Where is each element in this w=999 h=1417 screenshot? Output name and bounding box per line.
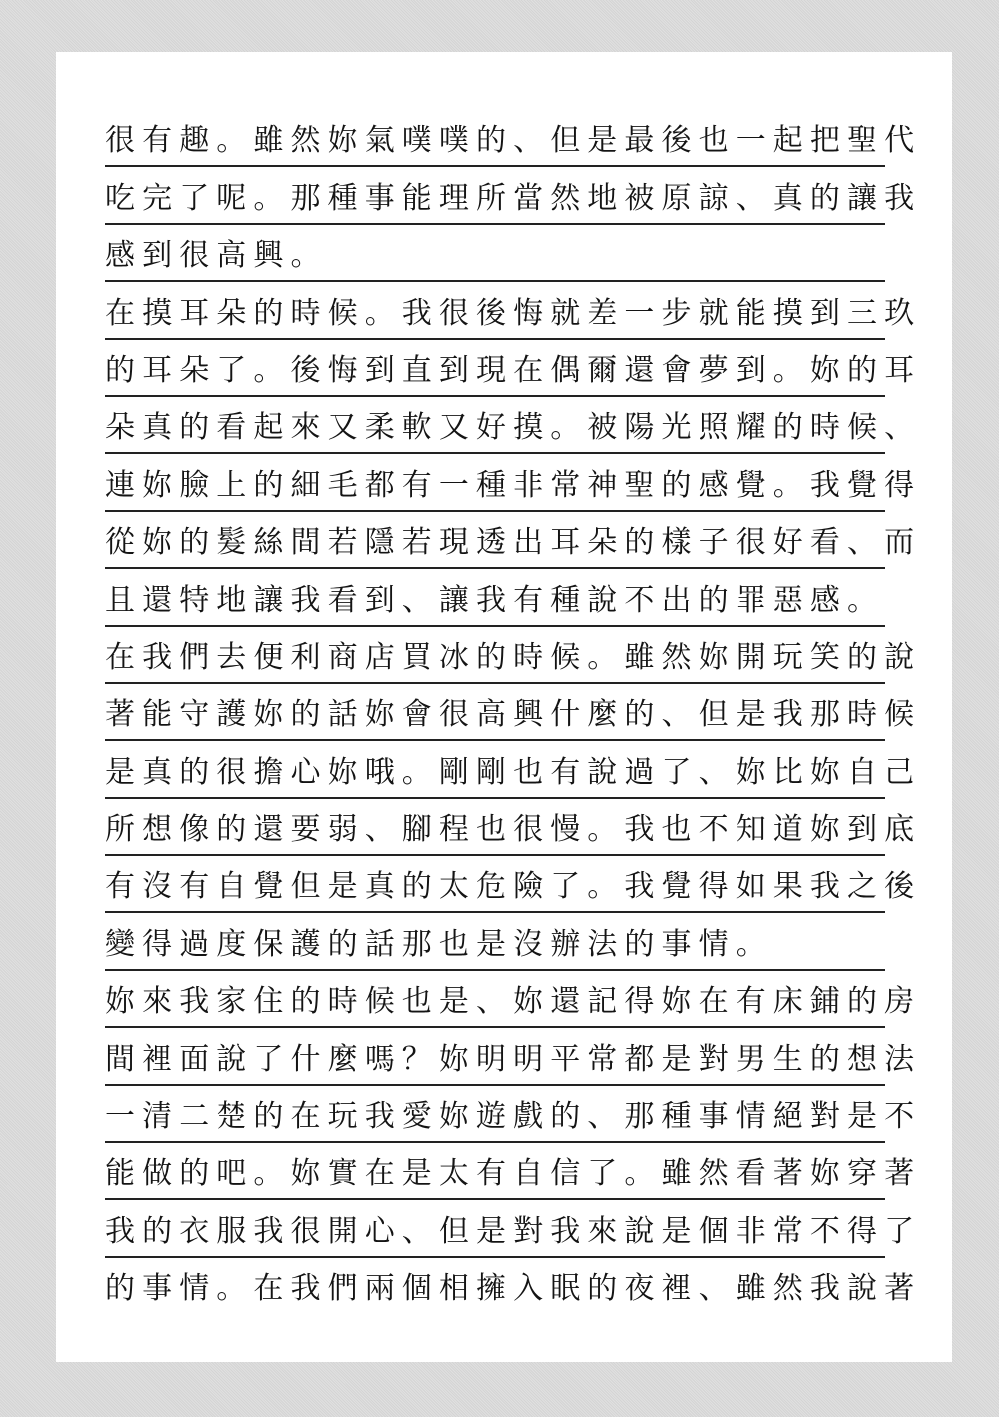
text-line: 著能守護妳的話妳會很高興什麼的、但是我那時候: [105, 684, 885, 741]
line-text: 從妳的髮絲間若隱若現透出耳朵的樣子很好看、而: [105, 525, 885, 561]
line-text: 所想像的還要弱、腳程也很慢。我也不知道妳到底: [105, 812, 885, 848]
text-line: 感到很高興。: [105, 225, 885, 282]
text-line: 的事情。在我們兩個相擁入眠的夜裡、雖然我說著: [105, 1258, 885, 1315]
line-text: 的事情。在我們兩個相擁入眠的夜裡、雖然我說著: [105, 1271, 885, 1307]
text-line: 朵真的看起來又柔軟又好摸。被陽光照耀的時候、: [105, 397, 885, 454]
text-line: 的耳朵了。後悔到直到現在偶爾還會夢到。妳的耳: [105, 340, 885, 397]
text-line: 所想像的還要弱、腳程也很慢。我也不知道妳到底: [105, 799, 885, 856]
line-text: 是真的很擔心妳哦。剛剛也有說過了、妳比妳自己: [105, 755, 885, 791]
line-text: 連妳臉上的細毛都有一種非常神聖的感覺。我覺得: [105, 468, 885, 504]
line-text: 在我們去便利商店買冰的時候。雖然妳開玩笑的說: [105, 640, 885, 676]
line-text: 很有趣。雖然妳氣噗噗的、但是最後也一起把聖代: [105, 123, 885, 159]
text-line: 間裡面說了什麼嗎？妳明明平常都是對男生的想法: [105, 1028, 885, 1085]
line-text: 妳來我家住的時候也是、妳還記得妳在有床鋪的房: [105, 984, 885, 1020]
line-text: 感到很高興。: [105, 238, 885, 274]
line-text: 的耳朵了。後悔到直到現在偶爾還會夢到。妳的耳: [105, 353, 885, 389]
text-line: 且還特地讓我看到、讓我有種說不出的罪惡感。: [105, 569, 885, 626]
text-line: 連妳臉上的細毛都有一種非常神聖的感覺。我覺得: [105, 454, 885, 511]
text-line: 有沒有自覺但是真的太危險了。我覺得如果我之後: [105, 856, 885, 913]
text-line: 能做的吧。妳實在是太有自信了。雖然看著妳穿著: [105, 1143, 885, 1200]
text-line: 很有趣。雖然妳氣噗噗的、但是最後也一起把聖代: [105, 110, 885, 167]
text-line: 是真的很擔心妳哦。剛剛也有說過了、妳比妳自己: [105, 741, 885, 798]
line-text: 吃完了呢。那種事能理所當然地被原諒、真的讓我: [105, 181, 885, 217]
text-line: 從妳的髮絲間若隱若現透出耳朵的樣子很好看、而: [105, 512, 885, 569]
line-text: 朵真的看起來又柔軟又好摸。被陽光照耀的時候、: [105, 410, 885, 446]
text-line: 吃完了呢。那種事能理所當然地被原諒、真的讓我: [105, 167, 885, 224]
line-text: 變得過度保護的話那也是沒辦法的事情。: [105, 927, 885, 963]
ruled-text-area: 很有趣。雖然妳氣噗噗的、但是最後也一起把聖代 吃完了呢。那種事能理所當然地被原諒…: [105, 110, 885, 1315]
text-line: 在摸耳朵的時候。我很後悔就差一步就能摸到三玖: [105, 282, 885, 339]
text-line: 變得過度保護的話那也是沒辦法的事情。: [105, 913, 885, 970]
letter-page: 很有趣。雖然妳氣噗噗的、但是最後也一起把聖代 吃完了呢。那種事能理所當然地被原諒…: [56, 52, 952, 1362]
line-text: 能做的吧。妳實在是太有自信了。雖然看著妳穿著: [105, 1156, 885, 1192]
line-text: 一清二楚的在玩我愛妳遊戲的、那種事情絕對是不: [105, 1099, 885, 1135]
text-line: 妳來我家住的時候也是、妳還記得妳在有床鋪的房: [105, 971, 885, 1028]
line-text: 有沒有自覺但是真的太危險了。我覺得如果我之後: [105, 869, 885, 905]
line-text: 且還特地讓我看到、讓我有種說不出的罪惡感。: [105, 583, 885, 619]
text-line: 我的衣服我很開心、但是對我來說是個非常不得了: [105, 1200, 885, 1257]
line-text: 著能守護妳的話妳會很高興什麼的、但是我那時候: [105, 697, 885, 733]
line-text: 在摸耳朵的時候。我很後悔就差一步就能摸到三玖: [105, 296, 885, 332]
line-text: 間裡面說了什麼嗎？妳明明平常都是對男生的想法: [105, 1042, 885, 1078]
text-line: 一清二楚的在玩我愛妳遊戲的、那種事情絕對是不: [105, 1086, 885, 1143]
text-line: 在我們去便利商店買冰的時候。雖然妳開玩笑的說: [105, 627, 885, 684]
line-text: 我的衣服我很開心、但是對我來說是個非常不得了: [105, 1214, 885, 1250]
